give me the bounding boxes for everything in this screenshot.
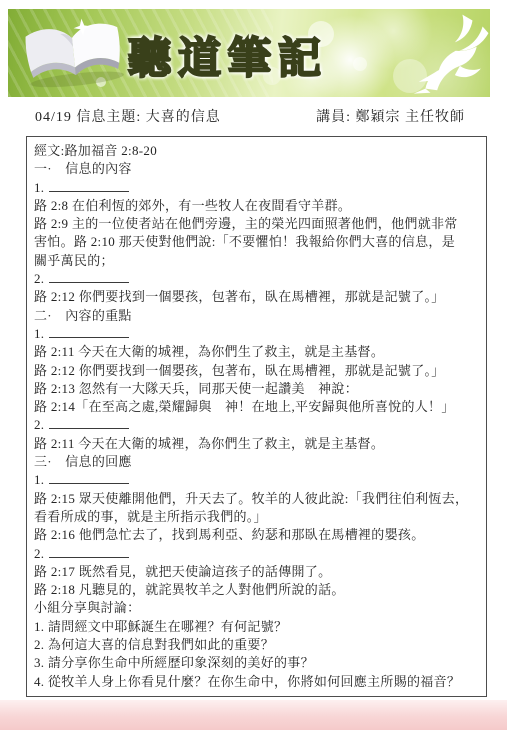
blank-number: 2.	[34, 417, 44, 432]
content-box: 經文:路加福音 2:8-20一· 信息的內容1.路 2:8 在伯利恆的郊外，有一…	[26, 136, 487, 697]
dove-icon	[412, 11, 490, 97]
text-line: 小組分享與討論：	[34, 599, 479, 617]
text-line: 路 2:12 你們要找到一個嬰孩，包著布，臥在馬槽裡，那就是記號了。」	[34, 288, 479, 306]
banner-title: 聽道筆記	[128, 25, 328, 86]
blank-line: 2.	[34, 270, 479, 288]
fill-in-blank	[49, 471, 129, 484]
text-line: 路 2:8 在伯利恆的郊外，有一些牧人在夜間看守羊群。	[34, 197, 479, 215]
open-book-icon	[10, 17, 138, 97]
text-line: 路 2:9 主的一位使者站在他們旁邊，主的榮光四面照著他們，他們就非常	[34, 215, 479, 233]
fill-in-blank	[49, 179, 129, 192]
text-line: 路 2:11 今天在大衛的城裡，為你們生了救主，就是主基督。	[34, 343, 479, 361]
meta-row: 04/19 信息主題: 大喜的信息 講員: 鄭穎宗 主任牧師	[35, 106, 465, 126]
text-line: 路 2:16 他們急忙去了，找到馬利亞、約瑟和那臥在馬槽裡的嬰孩。	[34, 526, 479, 544]
text-line: 看看所成的事，就是主所指示我們的。」	[34, 508, 479, 526]
blank-number: 1.	[34, 326, 44, 341]
text-line: 一· 信息的內容	[34, 160, 479, 178]
text-line: 二· 內容的重點	[34, 307, 479, 325]
content-lines: 經文:路加福音 2:8-20一· 信息的內容1.路 2:8 在伯利恆的郊外，有一…	[34, 142, 479, 691]
text-line: 路 2:18 凡聽見的，就詫異牧羊之人對他們所說的話。	[34, 581, 479, 599]
footer-band	[0, 700, 507, 730]
speaker: 講員: 鄭穎宗 主任牧師	[316, 106, 465, 126]
fill-in-blank	[49, 416, 129, 429]
fill-in-blank	[49, 270, 129, 283]
text-line: 路 2:15 眾天使離開他們，升天去了。牧羊的人彼此說:「我們往伯利恆去，	[34, 490, 479, 508]
sermon-notes-page: 聽道筆記 04/19 信息主題: 大喜的信息 講員: 鄭穎宗 主任牧師 經文:路…	[0, 0, 507, 730]
text-line: 路 2:13 忽然有一大隊天兵，同那天使一起讚美 神說：	[34, 380, 479, 398]
banner: 聽道筆記	[8, 9, 490, 97]
blank-line: 2.	[34, 416, 479, 434]
blank-line: 1.	[34, 471, 479, 489]
text-line: 路 2:12 你們要找到一個嬰孩，包著布，臥在馬槽裡，那就是記號了。」	[34, 362, 479, 380]
blank-number: 1.	[34, 472, 44, 487]
text-line: 2. 為何這大喜的信息對我們如此的重要？	[34, 636, 479, 654]
blank-line: 1.	[34, 325, 479, 343]
text-line: 路 2:17 既然看見，就把天使論這孩子的話傳開了。	[34, 563, 479, 581]
fill-in-blank	[49, 545, 129, 558]
text-line: 1. 請問經文中耶穌誕生在哪裡？有何記號？	[34, 618, 479, 636]
date-topic: 04/19 信息主題: 大喜的信息	[35, 106, 221, 126]
text-line: 路 2:11 今天在大衛的城裡，為你們生了救主，就是主基督。	[34, 435, 479, 453]
bokeh-circle	[353, 57, 367, 71]
blank-number: 1.	[34, 180, 44, 195]
text-line: 關乎萬民的；	[34, 252, 479, 270]
blank-number: 2.	[34, 546, 44, 561]
text-line: 路 2:14「在至高之處,榮耀歸與 神！在地上,平安歸與他所喜悅的人！」	[34, 398, 479, 416]
text-line: 4. 從牧羊人身上你看見什麼？在你生命中，你將如何回應主所賜的福音？	[34, 673, 479, 691]
blank-line: 1.	[34, 179, 479, 197]
text-line: 三· 信息的回應	[34, 453, 479, 471]
blank-line: 2.	[34, 545, 479, 563]
fill-in-blank	[49, 325, 129, 338]
text-line: 3. 請分享你生命中所經歷印象深刻的美好的事？	[34, 654, 479, 672]
text-line: 害怕。路 2:10 那天使對他們說:「不要懼怕！我報給你們大喜的信息，是	[34, 233, 479, 251]
text-line: 經文:路加福音 2:8-20	[34, 142, 479, 160]
blank-number: 2.	[34, 271, 44, 286]
